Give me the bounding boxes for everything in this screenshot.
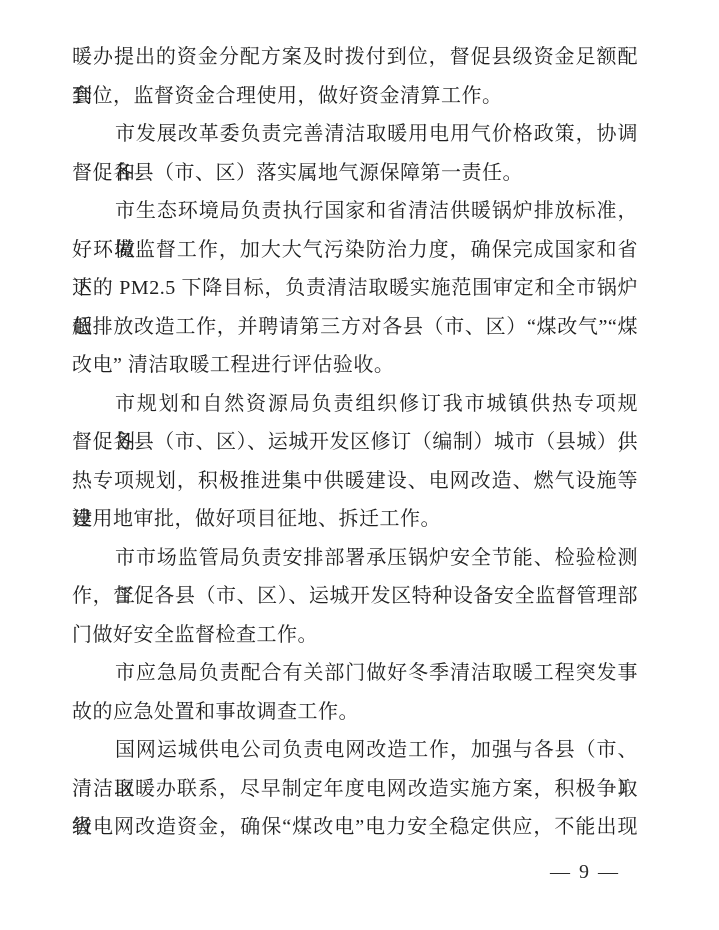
document-page: 暖办提出的资金分配方案及时拨付到位，督促县级资金足额配套 到位，监督资金合理使用… [0,0,719,930]
text-line: 国网运城供电公司负责电网改造工作，加强与各县（市、区） [72,731,638,770]
text-line: 好环境监督工作，加大大气污染防治力度，确保完成国家和省下 [72,231,638,270]
text-line: 市市场监管局负责安排部署承压锅炉安全节能、检验检测工 [72,539,638,578]
text-line: 市规划和自然资源局负责组织修订我市城镇供热专项规划， [72,385,638,424]
page-footer: — 9 — [550,858,620,886]
text-line: 达的 PM2.5 下降目标，负责清洁取暖实施范围审定和全市锅炉超 [72,269,638,308]
text-line: 清洁取暖办联系，尽早制定年度电网改造实施方案，积极争取省 [72,770,638,809]
text-line: 设用地审批，做好项目征地、拆迁工作。 [72,500,638,539]
text-line: 低排放改造工作，并聘请第三方对各县（市、区）“煤改气”“煤 [72,308,638,347]
text-line: 市应急局负责配合有关部门做好冬季清洁取暖工程突发事 [72,654,638,693]
page-number: — 9 — [550,861,620,883]
text-line: 作，督促各县（市、区）、运城开发区特种设备安全监督管理部 [72,577,638,616]
text-line: 到位，监督资金合理使用，做好资金清算工作。 [72,77,638,116]
text-line: 级电网改造资金，确保“煤改电”电力安全稳定供应，不能出现 [72,808,638,847]
text-line: 督促各县（市、区）、运城开发区修订（编制）城市（县城）供 [72,423,638,462]
text-line: 故的应急处置和事故调查工作。 [72,693,638,732]
text-line: 市生态环境局负责执行国家和省清洁供暖锅炉排放标准，做 [72,192,638,231]
text-line: 市发展改革委负责完善清洁取暖用电用气价格政策，协调和 [72,115,638,154]
text-line: 改电” 清洁取暖工程进行评估验收。 [72,346,638,385]
text-line: 暖办提出的资金分配方案及时拨付到位，督促县级资金足额配套 [72,38,638,77]
body-text: 暖办提出的资金分配方案及时拨付到位，督促县级资金足额配套 到位，监督资金合理使用… [72,38,638,847]
text-line: 门做好安全监督检查工作。 [72,616,638,655]
text-line: 热专项规划，积极推进集中供暖建设、电网改造、燃气设施等建 [72,462,638,501]
text-line: 督促各县（市、区）落实属地气源保障第一责任。 [72,154,638,193]
